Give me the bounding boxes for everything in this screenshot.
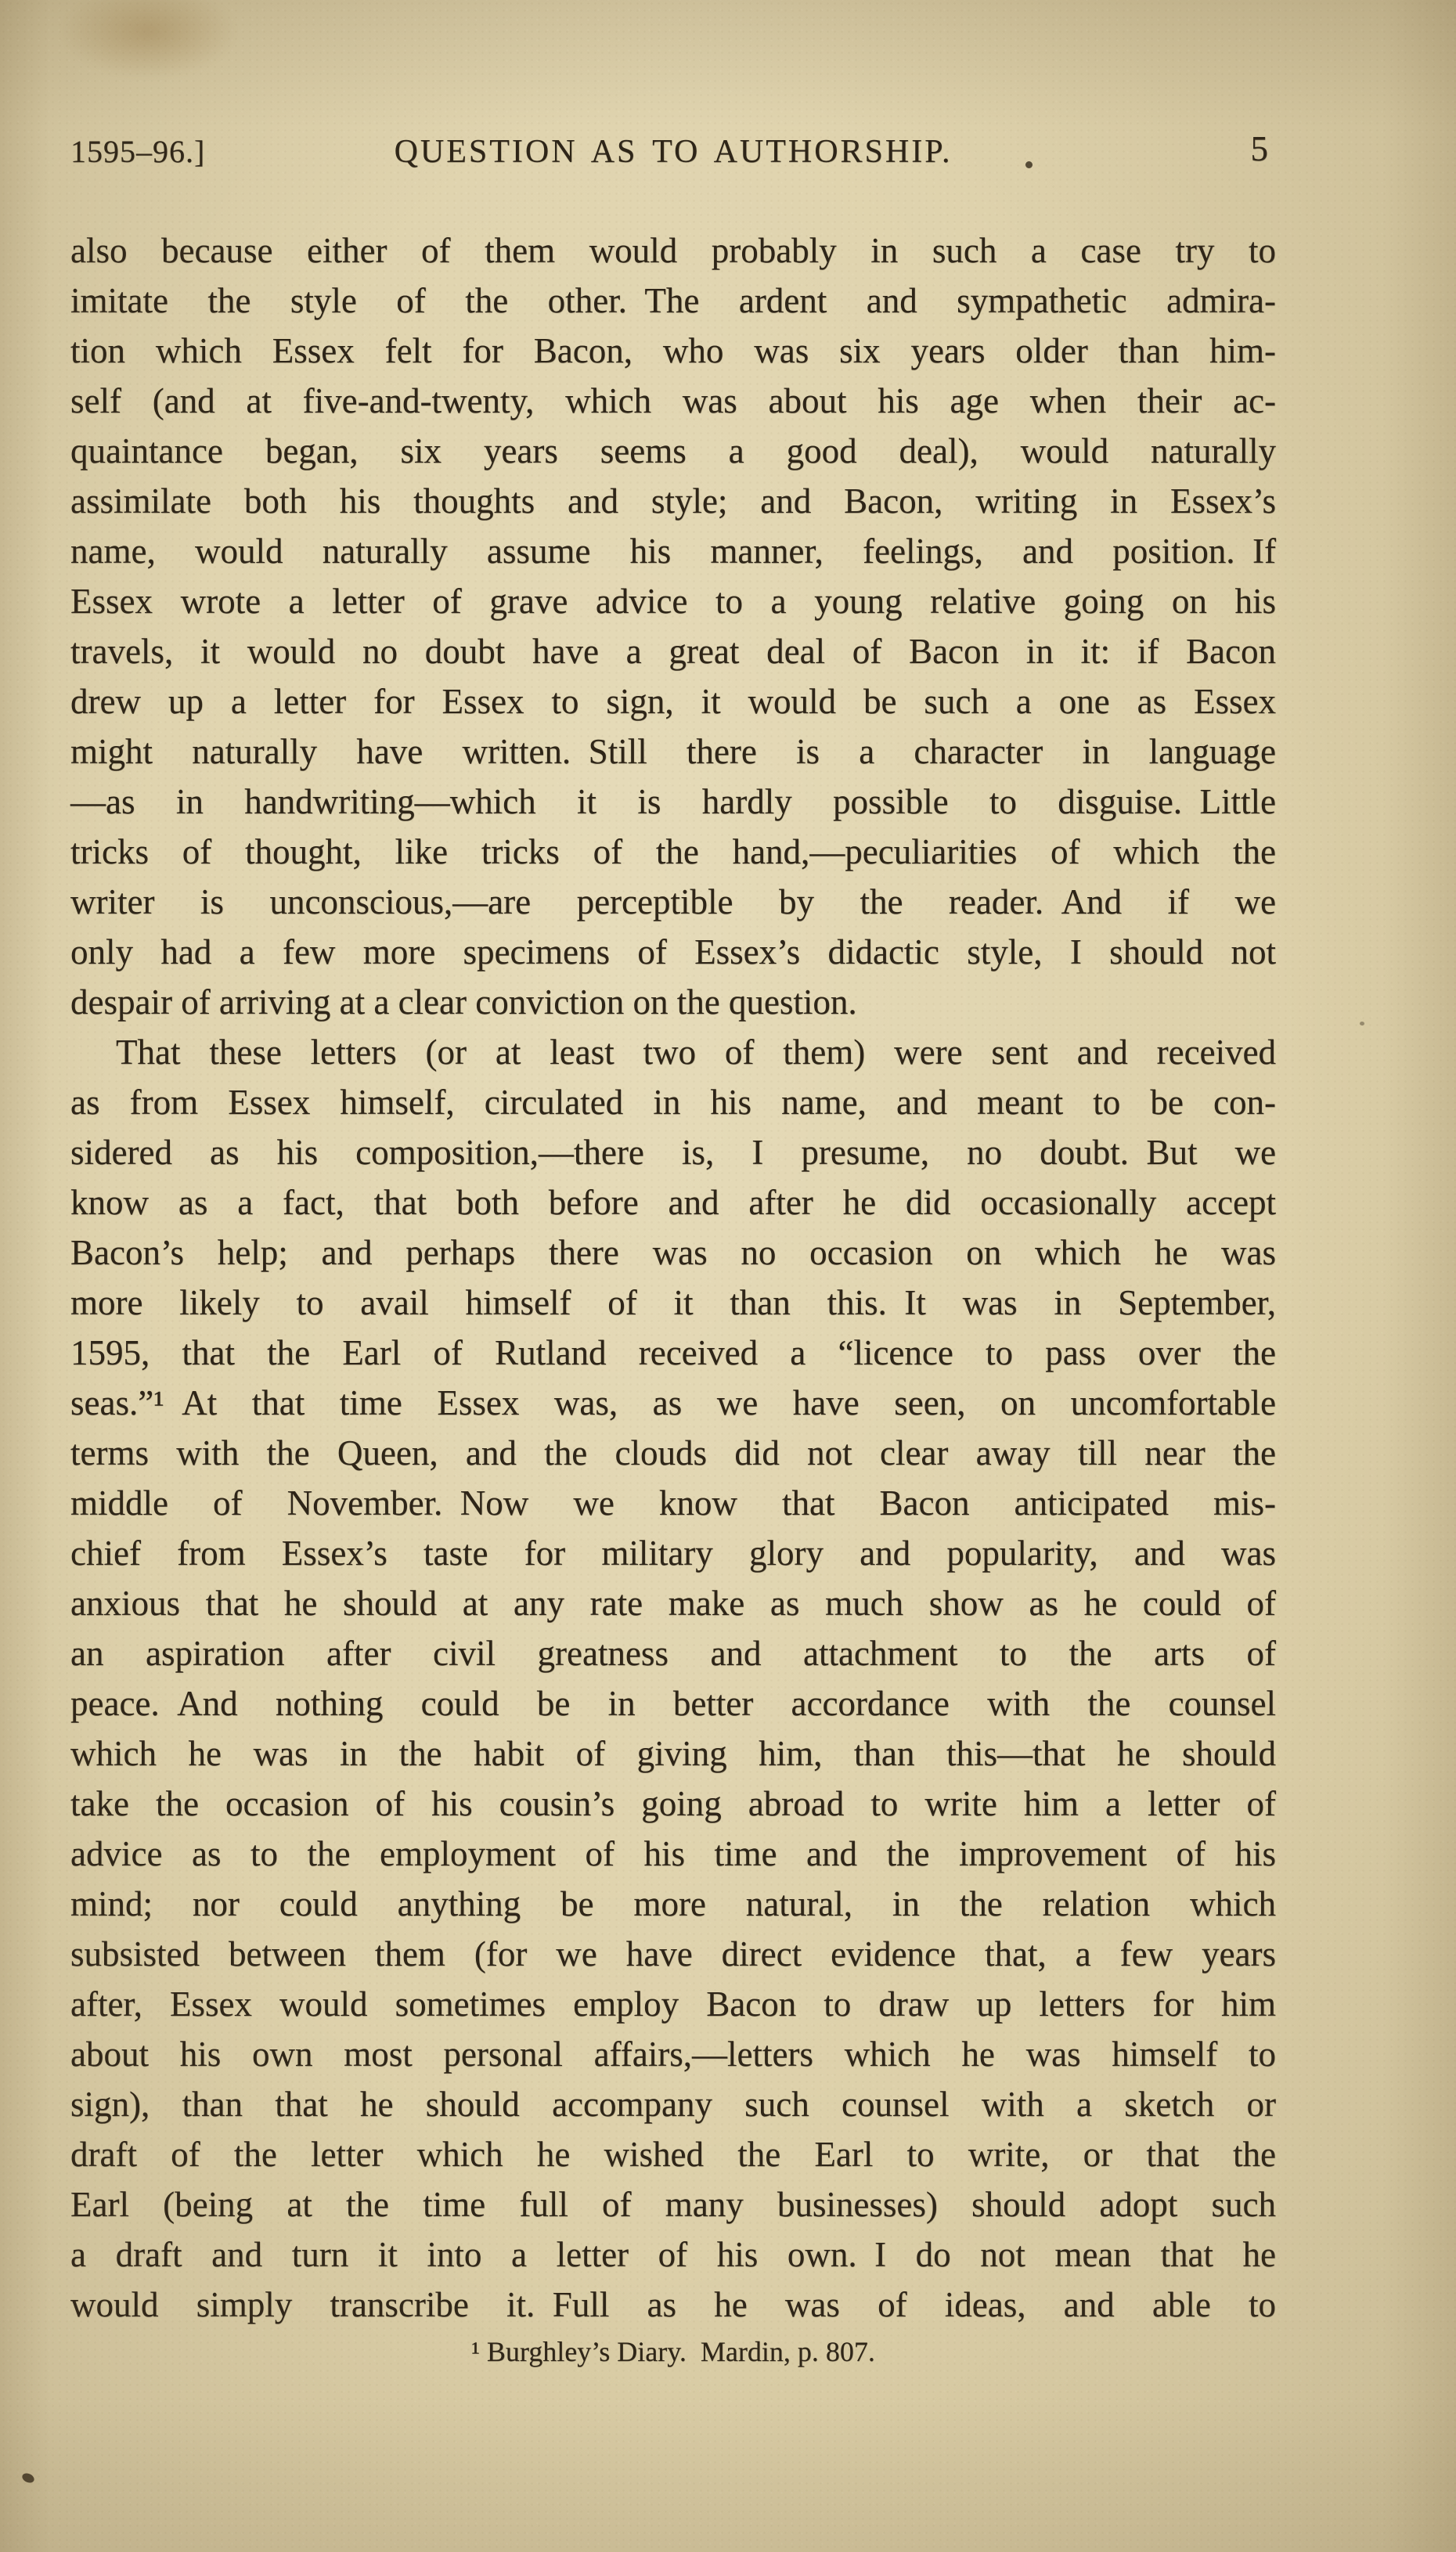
text-line: That these letters (or at least two of t…	[70, 1027, 1276, 1077]
text-line: self (and at five-and-twenty, which was …	[70, 376, 1276, 426]
text-line: travels, it would no doubt have a great …	[70, 626, 1276, 676]
text-line: after, Essex would sometimes employ Baco…	[70, 1979, 1276, 2029]
paper-stain	[31, 0, 266, 94]
text-line: assimilate both his thoughts and style; …	[70, 476, 1276, 526]
text-line: 1595, that the Earl of Rutland received …	[70, 1328, 1276, 1378]
text-line: Essex wrote a letter of grave advice to …	[70, 576, 1276, 626]
footnote: ¹ Burghley’s Diary. Mardin, p. 807.	[70, 2331, 1276, 2372]
text-line: also because either of them would probab…	[70, 225, 1276, 276]
text-line: despair of arriving at a clear convictio…	[70, 977, 1276, 1027]
body-text: also because either of them would probab…	[70, 225, 1276, 2330]
book-page: 1595–96.] QUESTION AS TO AUTHORSHIP. 5 a…	[0, 0, 1456, 2552]
text-line: a draft and turn it into a letter of his…	[70, 2229, 1276, 2280]
page-header: 1595–96.] QUESTION AS TO AUTHORSHIP. 5	[70, 132, 1276, 172]
text-line: Earl (being at the time full of many bus…	[70, 2179, 1276, 2229]
text-line: chief from Essex’s taste for military gl…	[70, 1528, 1276, 1578]
text-line: seas.”¹ At that time Essex was, as we ha…	[70, 1378, 1276, 1428]
text-line: tion which Essex felt for Bacon, who was…	[70, 326, 1276, 376]
text-line: Bacon’s help; and perhaps there was no o…	[70, 1227, 1276, 1278]
text-line: anxious that he should at any rate make …	[70, 1578, 1276, 1628]
text-line: drew up a letter for Essex to sign, it w…	[70, 676, 1276, 726]
text-line: take the occasion of his cousin’s going …	[70, 1779, 1276, 1829]
ink-speck	[1025, 161, 1033, 168]
text-line: tricks of thought, like tricks of the ha…	[70, 827, 1276, 877]
text-line: peace. And nothing could be in better ac…	[70, 1678, 1276, 1728]
text-line: mind; nor could anything be more natural…	[70, 1879, 1276, 1929]
header-date-range: 1595–96.]	[70, 132, 205, 172]
text-line: imitate the style of the other. The arde…	[70, 276, 1276, 326]
text-line: sidered as his composition,—there is, I …	[70, 1127, 1276, 1177]
text-line: might naturally have written. Still ther…	[70, 726, 1276, 777]
text-line: more likely to avail himself of it than …	[70, 1278, 1276, 1328]
text-line: about his own most personal affairs,—let…	[70, 2029, 1276, 2079]
text-line: as from Essex himself, circulated in his…	[70, 1077, 1276, 1127]
text-line: would simply transcribe it. Full as he w…	[70, 2280, 1276, 2330]
text-line: name, would naturally assume his manner,…	[70, 526, 1276, 576]
text-line: an aspiration after civil greatness and …	[70, 1628, 1276, 1678]
paragraph: also because either of them would probab…	[70, 225, 1276, 1027]
text-line: know as a fact, that both before and aft…	[70, 1177, 1276, 1227]
text-line: subsisted between them (for we have dire…	[70, 1929, 1276, 1979]
text-line: only had a few more specimens of Essex’s…	[70, 927, 1276, 977]
ink-speck	[1360, 1022, 1364, 1025]
paragraph: That these letters (or at least two of t…	[70, 1027, 1276, 2330]
text-line: —as in handwriting—which it is hardly po…	[70, 777, 1276, 827]
text-line: writer is unconscious,—are perceptible b…	[70, 877, 1276, 927]
text-line: advice as to the employment of his time …	[70, 1829, 1276, 1879]
text-line: which he was in the habit of giving him,…	[70, 1728, 1276, 1779]
page-number: 5	[1251, 128, 1269, 169]
text-line: draft of the letter which he wished the …	[70, 2129, 1276, 2179]
text-line: terms with the Queen, and the clouds did…	[70, 1428, 1276, 1478]
ink-speck	[20, 2471, 35, 2485]
text-line: sign), than that he should accompany suc…	[70, 2079, 1276, 2129]
text-line: middle of November. Now we know that Bac…	[70, 1478, 1276, 1528]
text-line: quaintance began, six years seems a good…	[70, 426, 1276, 476]
running-title: QUESTION AS TO AUTHORSHIP.	[70, 132, 1276, 172]
